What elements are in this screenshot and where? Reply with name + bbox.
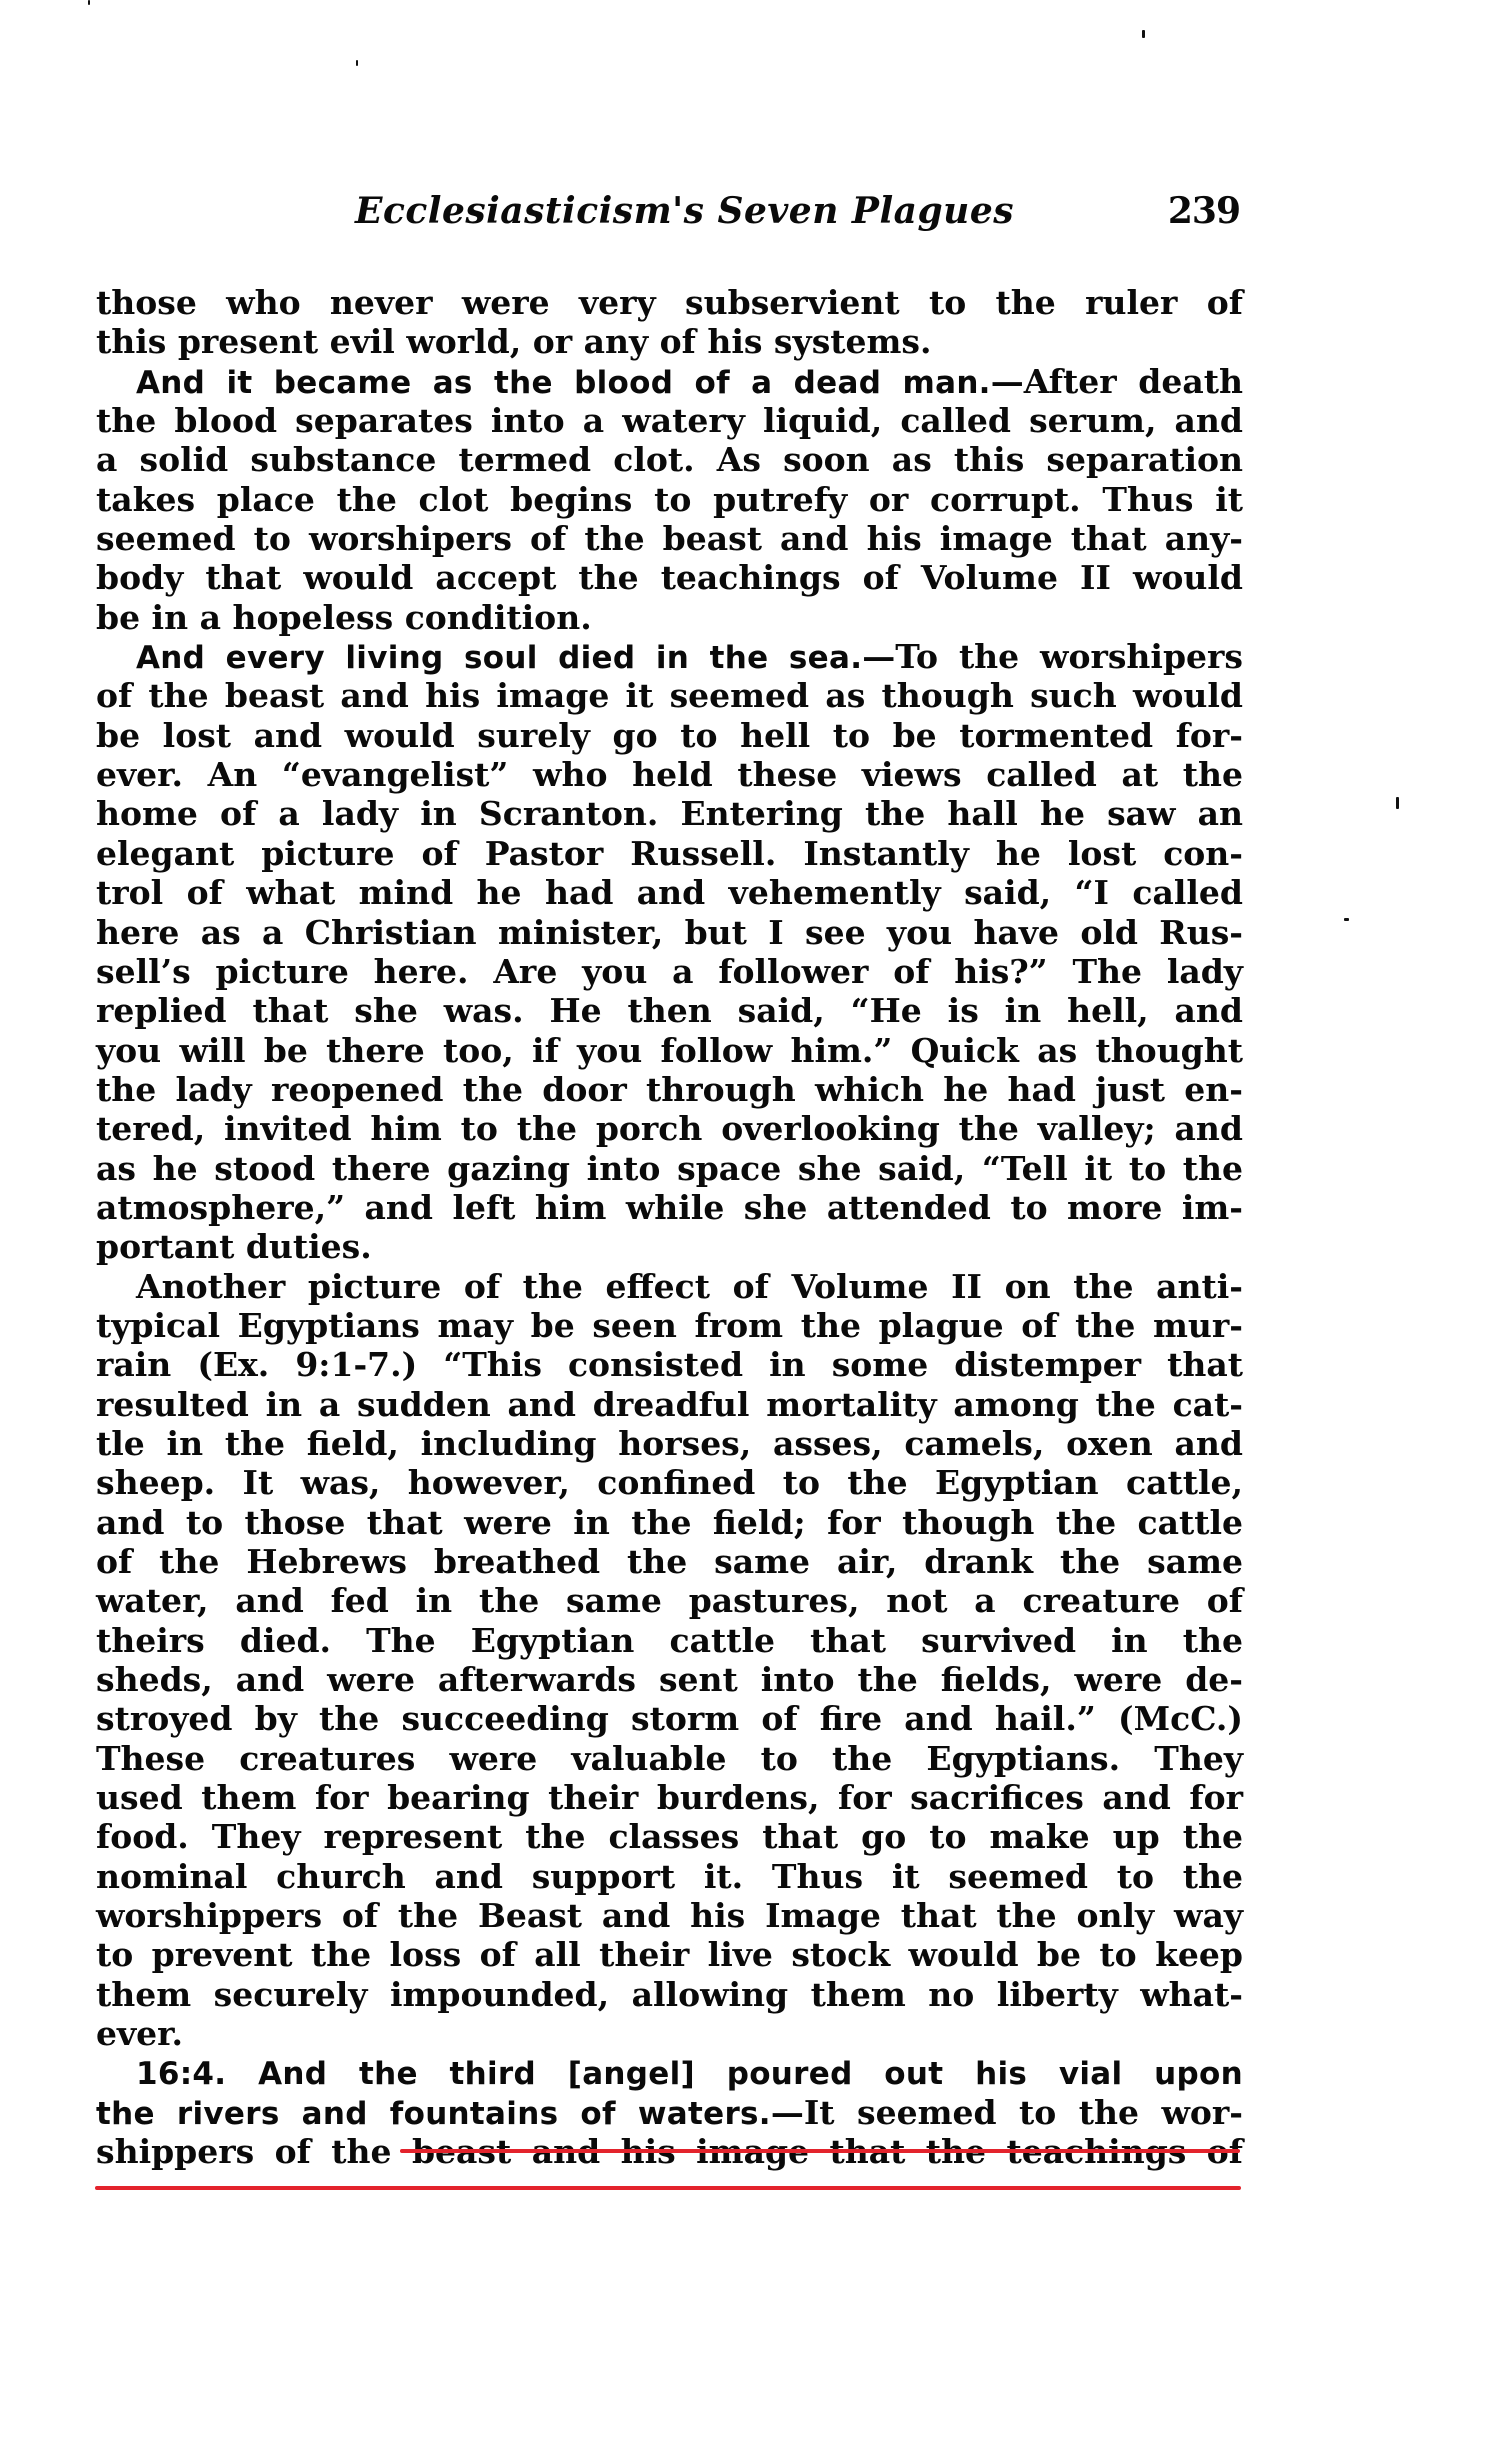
text-line: And it became as the blood of a dead man… — [96, 362, 1243, 401]
chapter-title: Ecclesiasticism's Seven Plagues — [355, 186, 1014, 236]
scan-speck — [88, 0, 90, 5]
text-line: tered, invited him to the porch overlook… — [96, 1109, 1243, 1148]
text-segment: worshippers of the Beast and his Image t… — [96, 1896, 1243, 1935]
text-segment: atmosphere,” and left him while she atte… — [96, 1188, 1243, 1227]
verse-lead-in: And every living soul died in the sea. — [136, 640, 862, 676]
text-segment: be in a hopeless condition. — [96, 598, 592, 637]
text-line: typical Egyptians may be seen from the p… — [96, 1306, 1243, 1345]
text-segment: them securely impounded, allowing them n… — [96, 1975, 1243, 2014]
text-segment: of the Hebrews breathed the same air, dr… — [96, 1542, 1243, 1581]
text-segment: be lost and would surely go to hell to b… — [96, 716, 1243, 755]
book-page: Ecclesiasticism's Seven Plagues 239 thos… — [0, 0, 1500, 2442]
text-segment: sell’s picture here. Are you a follower … — [96, 952, 1243, 991]
red-underline-annotation — [400, 2149, 1240, 2153]
text-line: the blood separates into a watery liquid… — [96, 401, 1243, 440]
text-line: tle in the field, including horses, asse… — [96, 1424, 1243, 1463]
red-underline-annotation — [95, 2186, 1241, 2190]
text-line: body that would accept the teachings of … — [96, 558, 1243, 597]
text-line: to prevent the loss of all their live st… — [96, 1935, 1243, 1974]
text-segment: replied that she was. He then said, “He … — [96, 991, 1243, 1030]
text-line: as he stood there gazing into space she … — [96, 1149, 1243, 1188]
text-segment: elegant picture of Pastor Russell. Insta… — [96, 834, 1243, 873]
text-segment: here as a Christian minister, but I see … — [96, 913, 1243, 952]
text-line: sheep. It was, however, confined to the … — [96, 1463, 1243, 1502]
text-segment: body that would accept the teachings of … — [96, 558, 1243, 597]
scan-speck — [1142, 30, 1145, 38]
text-line: These creatures were valuable to the Egy… — [96, 1739, 1243, 1778]
text-segment: resulted in a sudden and dreadful mortal… — [96, 1385, 1243, 1424]
text-line: takes place the clot begins to putrefy o… — [96, 480, 1243, 519]
text-segment: those who never were very subservient to… — [96, 283, 1243, 322]
text-segment: Another picture of the effect of Volume … — [136, 1267, 1243, 1306]
text-segment: food. They represent the classes that go… — [96, 1817, 1243, 1856]
text-line: you will be there too, if you follow him… — [96, 1031, 1243, 1070]
verse-lead-in: And it became as the blood of a dead man… — [136, 365, 991, 401]
text-segment: These creatures were valuable to the Egy… — [96, 1739, 1243, 1778]
text-segment: nominal church and support it. Thus it s… — [96, 1857, 1243, 1896]
text-line: sheds, and were afterwards sent into the… — [96, 1660, 1243, 1699]
text-segment: typical Egyptians may be seen from the p… — [96, 1306, 1243, 1345]
text-line: ever. — [96, 2014, 1243, 2053]
text-line: this present evil world, or any of his s… — [96, 322, 1243, 361]
text-segment: as he stood there gazing into space she … — [96, 1149, 1243, 1188]
text-line: water, and fed in the same pastures, not… — [96, 1581, 1243, 1620]
text-line: portant duties. — [96, 1227, 1243, 1266]
text-line: stroyed by the succeeding storm of fire … — [96, 1699, 1243, 1738]
text-segment: portant duties. — [96, 1227, 372, 1266]
text-segment: used them for bearing their burdens, for… — [96, 1778, 1243, 1817]
text-segment: and to those that were in the field; for… — [96, 1503, 1243, 1542]
text-line: those who never were very subservient to… — [96, 283, 1243, 322]
text-line: food. They represent the classes that go… — [96, 1817, 1243, 1856]
text-segment: stroyed by the succeeding storm of fire … — [96, 1699, 1243, 1738]
text-line: elegant picture of Pastor Russell. Insta… — [96, 834, 1243, 873]
text-segment: ever. — [96, 2014, 183, 2053]
text-line: and to those that were in the field; for… — [96, 1503, 1243, 1542]
body-text: those who never were very subservient to… — [96, 283, 1243, 2172]
text-segment: —After death — [991, 362, 1243, 401]
text-segment: —To the worshipers — [862, 637, 1243, 676]
text-line: theirs died. The Egyptian cattle that su… — [96, 1621, 1243, 1660]
text-line: them securely impounded, allowing them n… — [96, 1975, 1243, 2014]
text-segment: sheds, and were afterwards sent into the… — [96, 1660, 1243, 1699]
text-segment: water, and fed in the same pastures, not… — [96, 1581, 1243, 1620]
text-line: the lady reopened the door through which… — [96, 1070, 1243, 1109]
text-line: Another picture of the effect of Volume … — [96, 1267, 1243, 1306]
text-line: of the beast and his image it seemed as … — [96, 676, 1243, 715]
text-segment: home of a lady in Scranton. Entering the… — [96, 794, 1243, 833]
text-line: used them for bearing their burdens, for… — [96, 1778, 1243, 1817]
text-segment: theirs died. The Egyptian cattle that su… — [96, 1621, 1243, 1660]
verse-lead-in: the rivers and fountains of waters. — [96, 2096, 771, 2132]
text-segment: the blood separates into a watery liquid… — [96, 401, 1243, 440]
scan-speck — [356, 60, 358, 66]
text-line: rain (Ex. 9:1-7.) “This consisted in som… — [96, 1345, 1243, 1384]
text-segment: a solid substance termed clot. As soon a… — [96, 440, 1243, 479]
running-header: Ecclesiasticism's Seven Plagues 239 — [355, 186, 1240, 236]
text-line: here as a Christian minister, but I see … — [96, 913, 1243, 952]
text-line: the rivers and fountains of waters.—It s… — [96, 2093, 1243, 2132]
scan-speck — [1396, 797, 1399, 809]
text-segment: the lady reopened the door through which… — [96, 1070, 1243, 1109]
text-segment: this present evil world, or any of his s… — [96, 322, 932, 361]
text-line: And every living soul died in the sea.—T… — [96, 637, 1243, 676]
text-line: replied that she was. He then said, “He … — [96, 991, 1243, 1030]
text-line: 16:4. And the third [angel] poured out h… — [96, 2053, 1243, 2092]
text-segment: trol of what mind he had and vehemently … — [96, 873, 1243, 912]
text-segment: —It seemed to the wor- — [771, 2093, 1243, 2132]
text-line: atmosphere,” and left him while she atte… — [96, 1188, 1243, 1227]
text-segment: tered, invited him to the porch overlook… — [96, 1109, 1243, 1148]
text-line: sell’s picture here. Are you a follower … — [96, 952, 1243, 991]
text-line: trol of what mind he had and vehemently … — [96, 873, 1243, 912]
text-line: seemed to worshipers of the beast and hi… — [96, 519, 1243, 558]
text-line: a solid substance termed clot. As soon a… — [96, 440, 1243, 479]
text-segment: sheep. It was, however, confined to the … — [96, 1463, 1243, 1502]
verse-lead-in: 16:4. And the third [angel] poured out h… — [136, 2056, 1243, 2092]
text-segment: rain (Ex. 9:1-7.) “This consisted in som… — [96, 1345, 1243, 1384]
text-line: home of a lady in Scranton. Entering the… — [96, 794, 1243, 833]
text-segment: tle in the field, including horses, asse… — [96, 1424, 1243, 1463]
text-line: be in a hopeless condition. — [96, 598, 1243, 637]
text-segment: you will be there too, if you follow him… — [96, 1031, 1243, 1070]
text-segment: to prevent the loss of all their live st… — [96, 1935, 1243, 1974]
text-line: nominal church and support it. Thus it s… — [96, 1857, 1243, 1896]
text-line: ever. An “evangelist” who held these vie… — [96, 755, 1243, 794]
page-number: 239 — [1168, 186, 1240, 236]
text-segment: takes place the clot begins to putrefy o… — [96, 480, 1243, 519]
scan-speck — [1344, 918, 1349, 921]
text-line: worshippers of the Beast and his Image t… — [96, 1896, 1243, 1935]
text-segment: ever. An “evangelist” who held these vie… — [96, 755, 1243, 794]
text-segment: of the beast and his image it seemed as … — [96, 676, 1243, 715]
text-line: be lost and would surely go to hell to b… — [96, 716, 1243, 755]
text-line: resulted in a sudden and dreadful mortal… — [96, 1385, 1243, 1424]
text-line: of the Hebrews breathed the same air, dr… — [96, 1542, 1243, 1581]
text-segment: seemed to worshipers of the beast and hi… — [96, 519, 1243, 558]
